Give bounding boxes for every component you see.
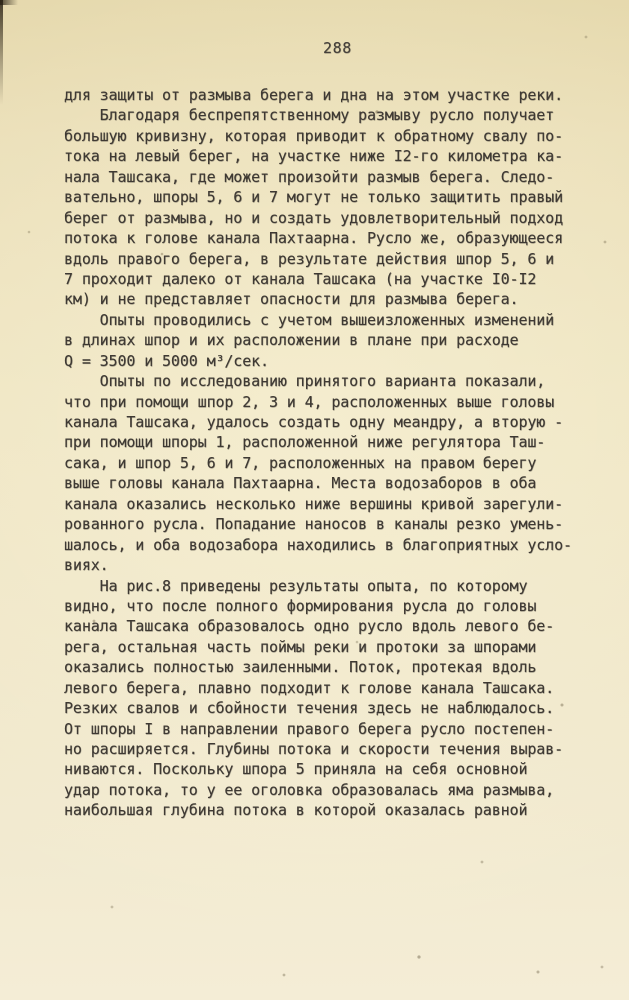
scanned-page: 288 для защиты от размыва берега и дна н… [0,0,629,1000]
text-line: От шпоры I в направлении правого берега … [64,719,584,739]
text-line: сака, и шпор 5, 6 и 7, расположенных на … [64,453,584,473]
body-text: для защиты от размыва берега и дна на эт… [64,85,584,821]
text-line: большую кривизну, которая приводит к обр… [64,126,584,146]
text-line: что при помощи шпор 2, 3 и 4, расположен… [64,392,584,412]
scan-edge-shadow-left [0,0,3,105]
text-line: рега, остальная часть поймы реки и прото… [64,637,584,657]
text-line: вдоль правого берега, в результате дейст… [64,249,584,269]
text-line: берег от размыва, но и создать удовлетво… [64,208,584,228]
text-line: тока на левый берег, на участке ниже I2-… [64,146,584,166]
text-line: канала оказались несколько ниже вершины … [64,494,584,514]
text-line: в длинах шпор и их расположении в плане … [64,330,584,350]
text-line: вательно, шпоры 5, 6 и 7 могут не только… [64,187,584,207]
text-line: видно, что после полного формирования ру… [64,596,584,616]
text-line: левого берега, плавно подходит к голове … [64,678,584,698]
text-line: Опыты проводились с учетом вышеизложенны… [64,310,584,330]
text-line: Q = 3500 и 5000 м³/сек. [64,351,584,371]
text-line: оказались полностью заиленными. Поток, п… [64,657,584,677]
text-line: шалось, и оба водозабора находились в бл… [64,535,584,555]
text-line: ниваются. Поскольку шпора 5 приняла на с… [64,759,584,779]
text-line: На рис.8 приведены результаты опыта, по … [64,576,584,596]
text-line: Опыты по исследованию принятого варианта… [64,371,584,391]
text-line: рованного русла. Попадание наносов в кан… [64,514,584,534]
page-number: 288 [323,39,352,57]
text-line: но расширяется. Глубины потока и скорост… [64,739,584,759]
text-line: для защиты от размыва берега и дна на эт… [64,85,584,105]
text-line: виях. [64,555,584,575]
text-line: при помощи шпоры 1, расположенной ниже р… [64,432,584,452]
text-line: 7 проходит далеко от канала Ташсака (на … [64,269,584,289]
text-line: нала Ташсака, где может произойти размыв… [64,167,584,187]
scan-edge-shadow-top [0,0,18,5]
text-line: наибольшая глубина потока в которой оказ… [64,800,584,820]
text-line: Благодаря беспрепятственному размыву рус… [64,105,584,125]
text-line: канала Ташсака, удалось создать одну меа… [64,412,584,432]
text-line: Резких свалов и сбойности течения здесь … [64,698,584,718]
text-line: км) и не представляет опасности для разм… [64,289,584,309]
text-line: потока к голове канала Пахтаарна. Русло … [64,228,584,248]
text-line: канала Ташсака образовалось одно русло в… [64,616,584,636]
text-line: удар потока, то у ее оголовка образовала… [64,780,584,800]
text-line: выше головы канала Пахтаарна. Места водо… [64,473,584,493]
